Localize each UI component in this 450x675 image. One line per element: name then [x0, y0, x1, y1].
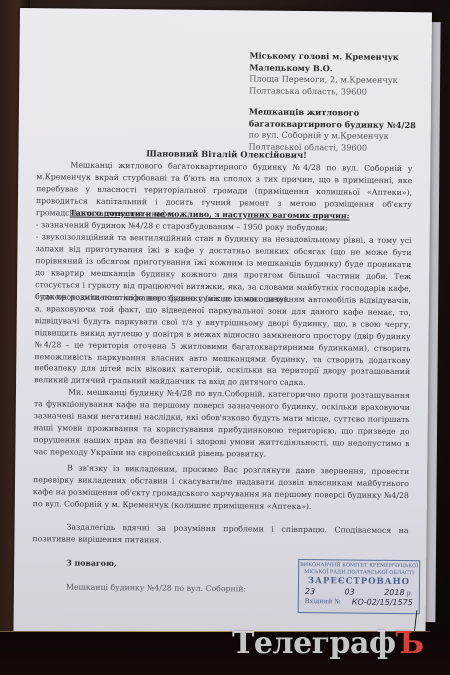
watermark-logo: ТелеграфЪ: [232, 626, 424, 661]
watermark-main: Телеграф: [232, 626, 396, 661]
stamp-month: 03: [345, 587, 355, 597]
reason-3: - також розміщення кафе нерозривно суміс…: [34, 291, 411, 390]
stamp-day: 23: [305, 587, 315, 597]
addressee-line4: Полтавська область, 39600: [249, 85, 449, 99]
stamp-title: ЗАРЕЄСТРОВАНО: [299, 576, 419, 588]
letter-sheet: Міському голові м. Кременчук Малецькому …: [13, 8, 432, 636]
paragraph-objection: Ми, мешканці будинку №4/28 по вул.Соборн…: [33, 386, 410, 461]
stamp-incoming-number: КО-02/15/1575: [352, 598, 413, 608]
addressee-block: Міському голові м. Кременчук Малецькому …: [249, 50, 450, 154]
stamp-year: 2018: [384, 588, 404, 597]
stamp-year-group: 2018 р.: [384, 588, 413, 598]
stamp-incoming-label: Вхідний №: [305, 597, 341, 606]
letter-content: Міському голові м. Кременчук Малецькому …: [38, 8, 418, 12]
paragraph-thanks: Заздалегідь вдячні за розуміння проблеми…: [32, 521, 408, 549]
registration-stamp: ВИКОНАВЧИЙ КОМІТЕТ КРЕМЕНЧУЦЬКОЇ МІСЬКОЇ…: [298, 559, 421, 614]
stamp-year-suffix: р.: [407, 589, 413, 597]
watermark-accent: Ъ: [396, 626, 424, 661]
stamp-incoming-row: Вхідний № КО-02/15/1575: [299, 597, 419, 607]
paragraph-request: В зв'язку із викладеним, просимо Вас роз…: [33, 462, 409, 514]
